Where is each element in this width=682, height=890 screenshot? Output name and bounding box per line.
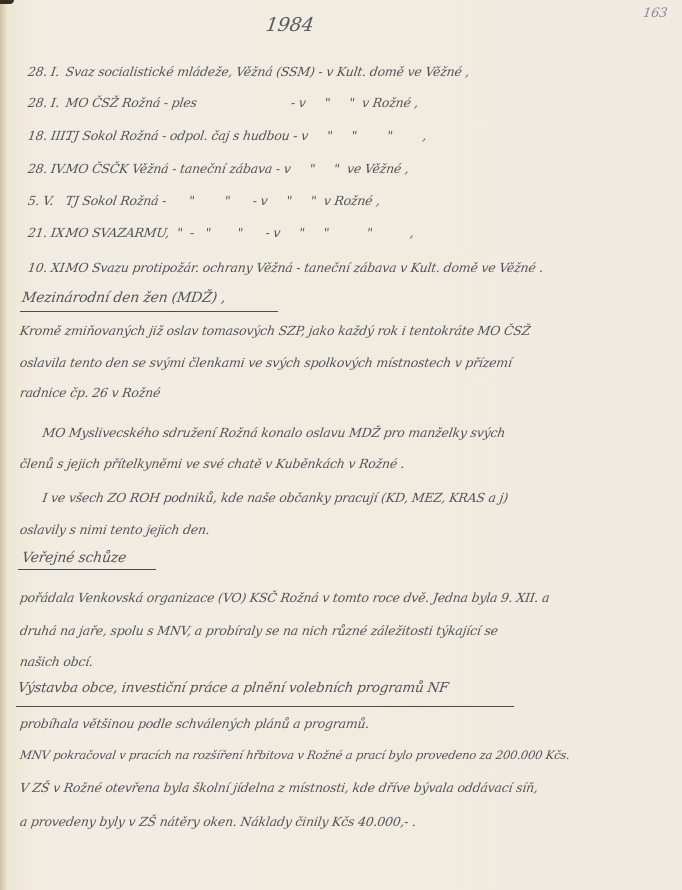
section-heading: Mezinárodní den žen (MDŽ) , <box>21 290 227 306</box>
paragraph-line: druhá na jaře, spolu s MNV, a probíraly … <box>19 623 499 638</box>
paragraph-line: V ZŠ v Rožné otevřena byla školní jídeln… <box>19 780 539 795</box>
paragraph-line: pořádala Venkovská organizace (VO) KSČ R… <box>19 590 551 605</box>
paragraph-line: členů s jejich přítelkyněmi ve své chatě… <box>19 456 406 471</box>
event-text: Svaz socialistické mládeže, Věžná (SSM) … <box>65 64 471 79</box>
event-line: 21. IX. MO SVAZARMU, " - " " - v " " " , <box>27 225 415 240</box>
paragraph-line: oslavily s nimi tento jejich den. <box>19 522 211 537</box>
page-binding-edge <box>0 0 6 890</box>
paragraph-line: probíhala většinou podle schválených plá… <box>19 716 370 731</box>
event-text: MO SVAZARMU, " - " " - v " " " , <box>65 225 415 240</box>
event-text: MO ČSČK Věžná - taneční zábava - v " " v… <box>65 161 410 176</box>
paragraph-line: I ve všech ZO ROH podniků, kde naše obča… <box>19 490 509 505</box>
event-date: 28. I. <box>27 95 63 110</box>
heading-underline <box>20 311 278 312</box>
page-year-heading: 1984 <box>264 14 315 36</box>
page-corner-shadow <box>0 0 14 4</box>
event-date: 28. I. <box>27 64 63 79</box>
page-number: 163 <box>642 6 668 21</box>
event-text: MO Svazu protipožár. ochrany Věžná - tan… <box>65 260 545 275</box>
event-line: 5. V. TJ Sokol Rožná - " " - v " " v Rož… <box>27 193 381 208</box>
chronicle-page: 1984 163 28. I. Svaz socialistické mláde… <box>0 0 682 890</box>
heading-underline <box>18 569 156 570</box>
event-line: 28. I. MO ČSŽ Rožná - ples - v " " v Rož… <box>27 95 419 110</box>
event-text: TJ Sokol Rožná - odpol. čaj s hudbou - v… <box>65 128 428 143</box>
event-date: 5. V. <box>27 193 63 208</box>
event-date: 10. XI. <box>27 260 63 275</box>
paragraph-line: oslavila tento den se svými členkami ve … <box>19 355 513 370</box>
paragraph-line: Kromě zmiňovaných již oslav tomasových S… <box>19 323 531 338</box>
event-line: 28. I. Svaz socialistické mládeže, Věžná… <box>27 64 470 79</box>
event-line: 28. IV. MO ČSČK Věžná - taneční zábava -… <box>27 161 410 176</box>
event-text: MO ČSŽ Rožná - ples - v " " v Rožné , <box>65 95 420 110</box>
paragraph-line: našich obcí. <box>19 654 94 669</box>
event-text: TJ Sokol Rožná - " " - v " " v Rožné , <box>65 193 381 208</box>
event-line: 10. XI. MO Svazu protipožár. ochrany Věž… <box>27 260 544 275</box>
paragraph-line: radnice čp. 26 v Rožné <box>19 385 161 400</box>
event-date: 21. IX. <box>27 225 63 240</box>
event-line: 18. III. TJ Sokol Rožná - odpol. čaj s h… <box>27 128 428 143</box>
event-date: 18. III. <box>27 128 63 143</box>
event-date: 28. IV. <box>27 161 63 176</box>
paragraph-line: MO Myslivecského sdružení Rožná konalo o… <box>19 425 506 440</box>
section-heading: Výstavba obce, investiční práce a plnění… <box>17 680 450 696</box>
heading-underline <box>16 706 514 707</box>
paragraph-line: MNV pokračoval v pracích na rozšíření hř… <box>19 748 571 762</box>
section-heading: Veřejné schůze <box>21 550 127 566</box>
paragraph-line: a provedeny byly v ZŠ nátěry oken. Nákla… <box>19 814 417 829</box>
